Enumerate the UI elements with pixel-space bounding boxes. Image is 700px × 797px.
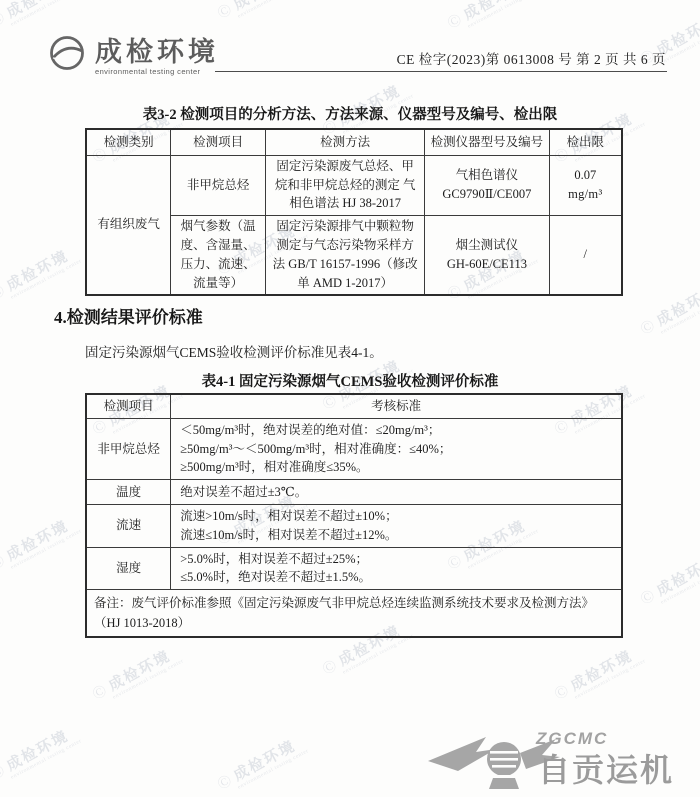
table-note-row: 备注：废气评价标准参照《固定污染源废气非甲烷总烃连续监测系统技术要求及检测方法》… <box>86 590 622 638</box>
table41-header-row: 检测项目 考核标准 <box>86 394 622 418</box>
column-header-instrument: 检测仪器型号及编号 <box>425 129 549 155</box>
table32-title: 表3-2 检测项目的分析方法、方法来源、仪器型号及编号、检出限 <box>0 103 700 124</box>
watermark: Ⓒ成检环境environmental testing center <box>0 514 83 579</box>
column-header-standard: 考核标准 <box>171 394 622 418</box>
table-note: 备注：废气评价标准参照《固定污染源废气非甲烷总烃连续监测系统技术要求及检测方法》… <box>86 590 622 638</box>
instrument-code: GC9790Ⅱ/CE007 <box>430 185 543 204</box>
watermark: Ⓒ成检环境environmental testing center <box>90 644 185 709</box>
table41: 检测项目 考核标准 非甲烷总烃 ＜50mg/m³时，绝对误差的绝对值：≤20mg… <box>85 393 623 638</box>
table32-header-row: 检测类别 检测项目 检测方法 检测仪器型号及编号 检出限 <box>86 129 622 155</box>
cell-category: 有组织废气 <box>86 155 171 295</box>
document-page: { "header": { "logo_cn": "成检环境", "logo_e… <box>0 0 700 797</box>
doc-number: CE 检字(2023)第 0613008 号 第 2 页 共 6 页 <box>397 48 666 68</box>
table41-title: 表4-1 固定污染源烟气CEMS验收检测评价标准 <box>0 370 700 391</box>
standard-line: >5.0%时，相对误差不超过±25%； <box>180 550 612 569</box>
table32: 检测类别 检测项目 检测方法 检测仪器型号及编号 检出限 有组织废气 非甲烷总烃… <box>85 128 623 296</box>
watermark: Ⓒ成检环境environmental testing center <box>215 734 310 797</box>
table-row: 有组织废气 非甲烷总烃 固定污染源废气总烃、甲烷和非甲烷总烃的测定 气相色谱法 … <box>86 155 622 215</box>
table-row: 流速 流速>10m/s时，相对误差不超过±10%； 流速≤10m/s时，相对误差… <box>86 505 622 548</box>
watermark: Ⓒ成检环境environmental testing center <box>638 549 700 614</box>
copyright-icon: Ⓒ <box>0 9 9 29</box>
logo-title: 成检环境 <box>95 30 219 69</box>
logo-mark-icon <box>46 33 88 73</box>
column-header-category: 检测类别 <box>86 129 171 155</box>
watermark: Ⓒ成检环境environmental testing center <box>445 0 540 38</box>
instrument-code: GH-60E/CE113 <box>430 255 543 274</box>
column-header-item: 检测项目 <box>171 129 266 155</box>
instrument-name: 烟尘测试仪 <box>430 236 543 255</box>
watermark: Ⓒ成检环境environmental testing center <box>215 0 310 28</box>
watermark: Ⓒ成检环境environmental testing center <box>0 244 83 309</box>
cell-item: 非甲烷总烃 <box>171 155 266 215</box>
cell-instrument: 烟尘测试仪 GH-60E/CE113 <box>425 215 549 295</box>
section-heading: 4.检测结果评价标准 <box>54 303 203 328</box>
cell-limit: 0.07 mg/m³ <box>549 155 622 215</box>
standard-line: 流速>10m/s时，相对误差不超过±10%； <box>180 507 612 526</box>
cell-instrument: 气相色谱仪 GC9790Ⅱ/CE007 <box>425 155 549 215</box>
cell-item: 湿度 <box>86 547 171 590</box>
cell-standard: 流速>10m/s时，相对误差不超过±10%； 流速≤10m/s时，相对误差不超过… <box>171 505 622 548</box>
cell-standard: ＜50mg/m³时，绝对误差的绝对值：≤20mg/m³； ≥50mg/m³～＜5… <box>171 418 622 479</box>
limit-unit: mg/m³ <box>555 185 616 204</box>
column-header-method: 检测方法 <box>266 129 425 155</box>
standard-line: 流速≤10m/s时，相对误差不超过±12%。 <box>180 526 612 545</box>
logo-text: 成检环境 environmental testing center <box>95 30 219 76</box>
cell-item: 温度 <box>86 480 171 505</box>
logo-subtitle: environmental testing center <box>95 67 219 76</box>
instrument-name: 气相色谱仪 <box>430 166 543 185</box>
cell-item: 非甲烷总烃 <box>86 418 171 479</box>
cell-method: 固定污染源排气中颗粒物测定与气态污染物采样方法 GB/T 16157-1996（… <box>266 215 425 295</box>
standard-line: ≤5.0%时，绝对误差不超过±1.5%。 <box>180 568 612 587</box>
header-rule <box>215 71 667 72</box>
table-row: 非甲烷总烃 ＜50mg/m³时，绝对误差的绝对值：≤20mg/m³； ≥50mg… <box>86 418 622 479</box>
cell-method: 固定污染源废气总烃、甲烷和非甲烷总烃的测定 气相色谱法 HJ 38-2017 <box>266 155 425 215</box>
table-row: 温度 绝对误差不超过±3℃。 <box>86 480 622 505</box>
standard-line: 绝对误差不超过±3℃。 <box>180 483 612 502</box>
zgcmc-logo: ZGCMC 自贡运机 <box>426 721 694 795</box>
table-row: 湿度 >5.0%时，相对误差不超过±25%； ≤5.0%时，绝对误差不超过±1.… <box>86 547 622 590</box>
cell-standard: 绝对误差不超过±3℃。 <box>171 480 622 505</box>
cell-item: 烟气参数（温度、含湿量、压力、流速、流量等） <box>171 215 266 295</box>
watermark: Ⓒ成检环境environmental testing center <box>552 644 647 709</box>
section-paragraph: 固定污染源烟气CEMS验收检测评价标准见表4-1。 <box>85 341 383 361</box>
cell-item: 流速 <box>86 505 171 548</box>
standard-line: ＜50mg/m³时，绝对误差的绝对值：≤20mg/m³； <box>180 421 612 440</box>
zgcmc-name: 自贡运机 <box>538 745 674 791</box>
limit-value: 0.07 <box>555 166 616 185</box>
watermark: Ⓒ成检环境environmental testing center <box>0 724 83 789</box>
cell-standard: >5.0%时，相对误差不超过±25%； ≤5.0%时，绝对误差不超过±1.5%。 <box>171 547 622 590</box>
cell-limit: / <box>549 215 622 295</box>
standard-line: ≥50mg/m³～＜500mg/m³时，相对准确度：≤40%； <box>180 440 612 459</box>
standard-line: ≥500mg/m³时，相对准确度≤35%。 <box>180 458 612 477</box>
company-logo: 成检环境 environmental testing center <box>46 30 219 76</box>
column-header-item: 检测项目 <box>86 394 171 418</box>
watermark: Ⓒ成检环境environmental testing center <box>638 279 700 344</box>
column-header-limit: 检出限 <box>549 129 622 155</box>
